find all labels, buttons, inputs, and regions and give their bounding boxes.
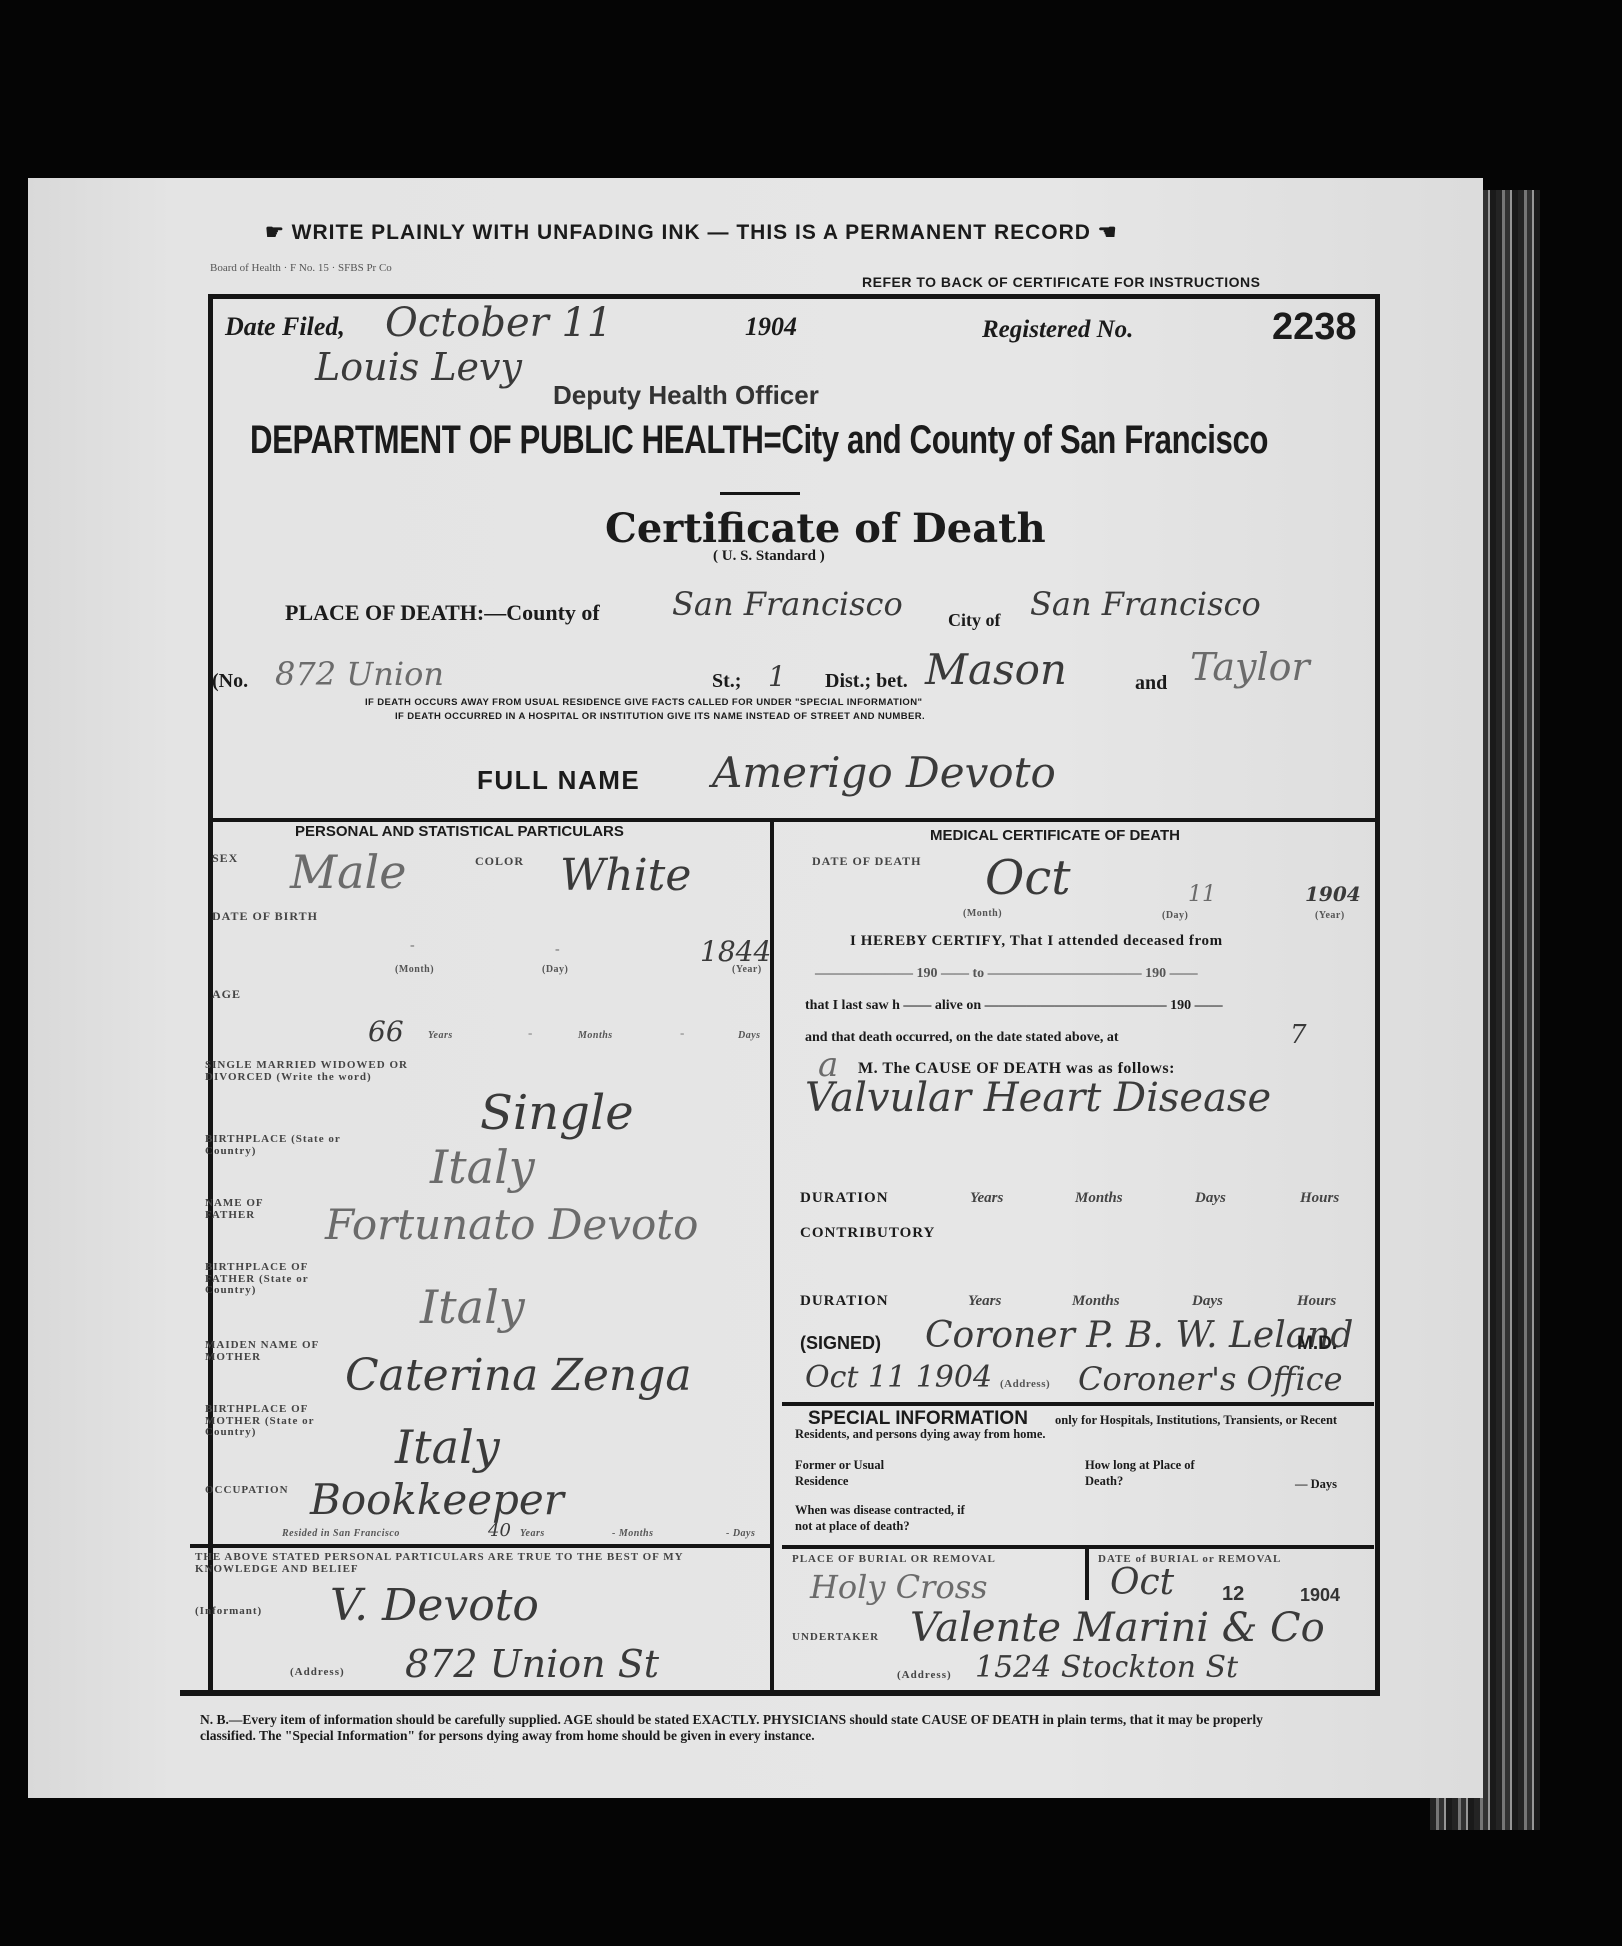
title-divider [720,492,800,495]
duration-days-1: Days [1195,1190,1226,1207]
contracted-label: When was disease contracted, if not at p… [795,1503,985,1534]
pointing-hand-left-icon: ☛ [265,221,292,244]
duration-hours-2: Hours [1297,1293,1336,1310]
nb-footnote: N. B.—Every item of information should b… [200,1712,1280,1743]
between-street-2: Taylor [1190,645,1310,689]
father-label: NAME OF FATHER [205,1198,295,1221]
special-subtext: only for Hospitals, Institutions, Transi… [795,1413,1355,1442]
full-name-value: Amerigo Devoto [712,748,1056,797]
dist-label: Dist.; bet. [825,670,908,693]
attended-from-to: ——————— 190 —— to ——————————— 190 —— [815,966,1198,982]
place-note-1: IF DEATH OCCURS AWAY FROM USUAL RESIDENC… [365,697,922,708]
undertaker-address-label: (Address) [897,1670,952,1682]
signed-label: (SIGNED) [800,1333,881,1354]
informant-address-label: (Address) [290,1667,345,1679]
refer-instructions: REFER TO BACK OF CERTIFICATE FOR INSTRUC… [862,274,1260,290]
duration-months-2: Months [1072,1293,1120,1310]
city-label: City of [948,610,1001,631]
us-standard: ( U. S. Standard ) [713,548,825,565]
street-value: 872 Union [275,655,444,693]
burial-place: Holy Cross [810,1568,988,1606]
duration-months-1: Months [1075,1190,1123,1207]
signed-date: Oct 11 1904 [805,1360,992,1395]
medical-heading: MEDICAL CERTIFICATE OF DEATH [930,827,1180,844]
registered-label: Registered No. [982,316,1133,344]
death-occurred-text: and that death occurred, on the date sta… [805,1030,1119,1046]
age-days: - [680,1025,684,1041]
informant-address-value: 872 Union St [405,1642,659,1686]
duration-years-2: Years [968,1293,1001,1310]
duration-label-1: DURATION [800,1190,889,1207]
mother-value: Caterina Zenga [345,1350,692,1401]
color-value: White [560,850,691,901]
filing-year: 1904 [745,312,797,342]
dob-day-caption: (Day) [542,964,568,975]
resided-years-caption: Years [520,1528,545,1539]
burial-divider [1085,1545,1089,1600]
age-label: AGE [212,988,241,1001]
undertaker-address: 1524 Stockton St [975,1650,1238,1685]
color-label: COLOR [475,855,524,868]
date-filed-label: Date Filed, [225,312,345,342]
age-months-caption: Months [578,1030,613,1041]
age-months: - [528,1025,532,1041]
street-no-label: (No. [212,670,248,693]
certify-text: I HEREBY CERTIFY, That I attended deceas… [850,933,1223,950]
marital-label: SINGLE MARRIED WIDOWED OR DIVORCED (Writ… [205,1060,435,1083]
and-label: and [1135,672,1167,695]
duration-label-2: DURATION [800,1293,889,1310]
resided-years: 40 [488,1520,511,1541]
dob-month: - [410,938,415,954]
father-birthplace-label: BIRTHPLACE OF FATHER (State or Country) [205,1262,325,1297]
officer-title: Deputy Health Officer [553,380,819,411]
certificate-title: Certificate of Death [605,505,1046,552]
dob-label: DATE OF BIRTH [212,910,318,923]
form-number: Board of Health · F No. 15 · SFBS Pr Co [210,262,392,274]
last-saw-alive: that I last saw h —— alive on ——————————… [805,998,1223,1014]
burial-rule [782,1545,1374,1549]
physician-address: Coroner's Office [1078,1360,1343,1398]
dod-day: 11 [1188,882,1216,907]
sex-value: Male [290,845,406,899]
dod-label: DATE OF DEATH [812,855,921,868]
father-birthplace-value: Italy [420,1280,525,1334]
county-value: San Francisco [672,585,903,623]
birthplace-value: Italy [430,1140,535,1194]
full-name-label: FULL NAME [477,765,640,796]
occupation-value: Bookkeeper [310,1475,564,1524]
resided-label: Resided in San Francisco [282,1528,400,1539]
pointing-hand-right-icon: ☚ [1091,221,1118,244]
bottom-rule [180,1690,1380,1696]
right-rule [1375,294,1380,1694]
duration-years-1: Years [970,1190,1003,1207]
dob-day: - [555,942,560,958]
dod-year: 1904 [1305,882,1361,906]
personal-heading: PERSONAL AND STATISTICAL PARTICULARS [295,823,624,840]
dod-month-caption: (Month) [963,908,1002,919]
informant-value: V. Devoto [330,1580,539,1631]
between-street-1: Mason [925,645,1067,694]
date-filed-value: October 11 [385,300,612,346]
city-value: San Francisco [1030,585,1261,623]
place-note-2: IF DEATH OCCURRED IN A HOSPITAL OR INSTI… [395,711,925,722]
contributory-label: CONTRIBUTORY [800,1225,935,1242]
dod-year-caption: (Year) [1315,910,1345,921]
mother-birthplace-value: Italy [395,1420,500,1474]
banner: ☛ WRITE PLAINLY WITH UNFADING INK — THIS… [265,220,1118,245]
sex-label: SEX [212,852,238,865]
physician-address-label: (Address) [1000,1378,1050,1390]
md-label: M.D. [1297,1333,1337,1355]
burial-place-label: PLACE OF BURIAL OR REMOVAL [792,1554,996,1566]
undertaker-label: UNDERTAKER [792,1632,879,1644]
dob-year-caption: (Year) [732,964,762,975]
resided-months-caption: - Months [612,1528,654,1539]
how-long-days: — Days [1295,1477,1337,1492]
burial-year: 1904 [1300,1585,1340,1606]
top-rule [208,294,1380,299]
burial-day: 12 [1222,1583,1244,1606]
special-rule [782,1402,1374,1406]
district-value: 1 [768,660,786,693]
section-rule [208,818,1380,822]
age-days-caption: Days [738,1030,761,1041]
father-value: Fortunato Devoto [325,1200,698,1249]
attest-rule [190,1544,770,1548]
officer-signature: Louis Levy [315,345,522,389]
cause-of-death: Valvular Heart Disease [805,1075,1271,1121]
undertaker-value: Valente Marini & Co [910,1605,1325,1651]
age-years-caption: Years [428,1030,453,1041]
birthplace-label: BIRTHPLACE (State or Country) [205,1134,355,1157]
attest-text: THE ABOVE STATED PERSONAL PARTICULARS AR… [195,1552,765,1575]
duration-hours-1: Hours [1300,1190,1339,1207]
marital-value: Single [480,1085,634,1141]
resided-days-caption: - Days [726,1528,755,1539]
age-years: 66 [368,1015,404,1048]
registered-number: 2238 [1272,306,1357,349]
death-time: 7 [1290,1020,1307,1050]
how-long-label: How long at Place of Death? [1085,1458,1215,1489]
dod-month: Oct [985,850,1071,906]
mother-label: MAIDEN NAME OF MOTHER [205,1340,335,1363]
occupation-label: OCCUPATION [205,1485,289,1497]
place-of-death-label: PLACE OF DEATH:—County of [285,600,600,626]
dod-day-caption: (Day) [1162,910,1188,921]
informant-label: (Informant) [195,1606,262,1618]
signed-physician: Coroner P. B. W. Leland [925,1315,1353,1356]
st-label: St.; [712,670,741,693]
dob-month-caption: (Month) [395,964,434,975]
former-residence-label: Former or Usual Residence [795,1458,905,1489]
duration-days-2: Days [1192,1293,1223,1310]
mother-birthplace-label: BIRTHPLACE OF MOTHER (State or Country) [205,1404,335,1439]
department-title: DEPARTMENT OF PUBLIC HEALTH=City and Cou… [250,418,1268,463]
burial-month: Oct [1110,1562,1174,1603]
